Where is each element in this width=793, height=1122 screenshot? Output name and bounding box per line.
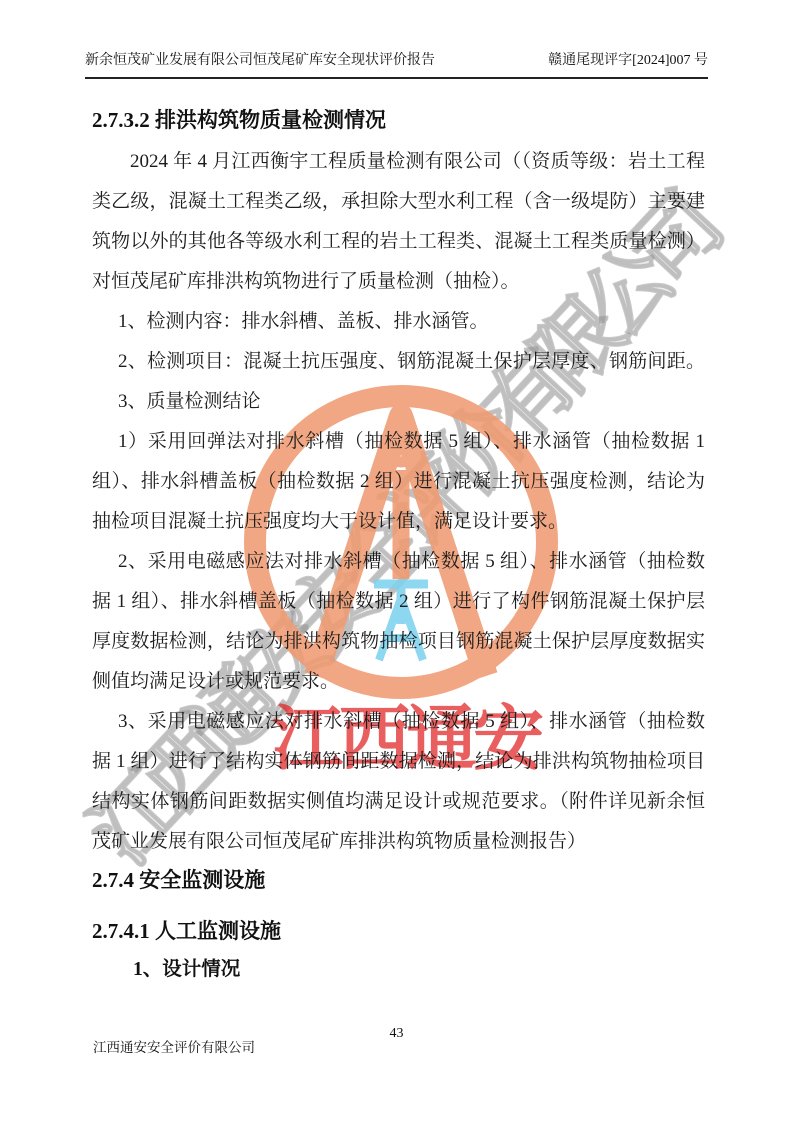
body-line: 据 1 组）进行了结构实体钢筋间距数据检测，结论为排洪构筑物抽检项目: [92, 742, 705, 782]
body-line: 1、检测内容：排水斜槽、盖板、排水涵管。: [92, 302, 705, 342]
body-line: 组）、排水斜槽盖板（抽检数据 2 组）进行混凝土抗压强度检测，结论为: [92, 462, 705, 502]
report-page: 江西通安安全评价有限公司 江西通安 新余恒茂矿业发展有限公司恒茂尾矿库安全现状评…: [0, 0, 793, 1122]
header-report-title: 新余恒茂矿业发展有限公司恒茂尾矿库安全现状评价报告: [85, 50, 435, 72]
body-line: 厚度数据检测，结论为排洪构筑物抽检项目钢筋混凝土保护层厚度数据实: [92, 622, 705, 662]
body-line: 1）采用回弹法对排水斜槽（抽检数据 5 组）、排水涵管（抽检数据 1: [92, 422, 705, 462]
item-heading-design: 1、设计情况: [92, 956, 705, 984]
body-line: 茂矿业发展有限公司恒茂尾矿库排洪构筑物质量检测报告）: [92, 822, 705, 862]
body-line: 类乙级，混凝土工程类乙级，承担除大型水利工程（含一级堤防）主要建: [92, 182, 705, 222]
section-heading-274: 2.7.4 安全监测设施: [92, 866, 705, 894]
section-heading-2741: 2.7.4.1 人工监测设施: [92, 917, 705, 945]
body-line: 抽检项目混凝土抗压强度均大于设计值，满足设计要求。: [92, 502, 705, 542]
body-line: 3、采用电磁感应法对排水斜槽（抽检数据 5 组）、排水涵管（抽检数: [92, 702, 705, 742]
section-heading-2732: 2.7.3.2 排洪构筑物质量检测情况: [92, 106, 705, 134]
footer-company-name: 江西通安安全评价有限公司: [93, 1036, 255, 1056]
page-content: 新余恒茂矿业发展有限公司恒茂尾矿库安全现状评价报告 赣通尾现评字[2024]00…: [0, 0, 793, 1122]
header-document-number: 赣通尾现评字[2024]007 号: [548, 50, 708, 72]
body-line: 结构实体钢筋间距数据实侧值均满足设计或规范要求。（附件详见新余恒: [92, 782, 705, 822]
body-line: 筑物以外的其他各等级水利工程的岩土工程类、混凝土工程类质量检测）: [92, 222, 705, 262]
body-line: 2024 年 4 月江西衡宇工程质量检测有限公司（（资质等级：岩土工程: [92, 142, 705, 182]
page-header: 新余恒茂矿业发展有限公司恒茂尾矿库安全现状评价报告 赣通尾现评字[2024]00…: [85, 50, 708, 79]
body-line: 3、质量检测结论: [92, 382, 705, 422]
body-text-block: 2024 年 4 月江西衡宇工程质量检测有限公司（（资质等级：岩土工程类乙级，混…: [92, 142, 705, 862]
body-line: 2、采用电磁感应法对排水斜槽（抽检数据 5 组）、排水涵管（抽检数: [92, 542, 705, 582]
body-line: 对恒茂尾矿库排洪构筑物进行了质量检测（抽检）。: [92, 262, 705, 302]
body-line: 据 1 组）、排水斜槽盖板（抽检数据 2 组）进行了构件钢筋混凝土保护层: [92, 582, 705, 622]
body-line: 侧值均满足设计或规范要求。: [92, 662, 705, 702]
body-line: 2、检测项目：混凝土抗压强度、钢筋混凝土保护层厚度、钢筋间距。: [92, 342, 705, 382]
